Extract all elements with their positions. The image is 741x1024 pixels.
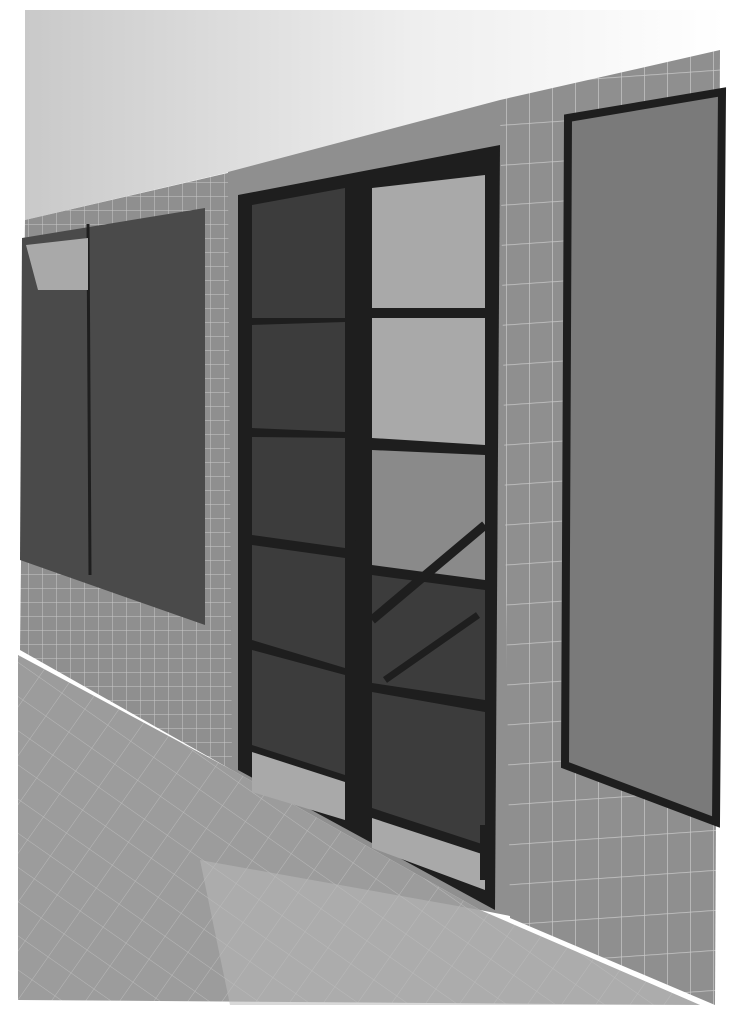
glazed-steel-double-door xyxy=(238,145,500,910)
hinge-icon xyxy=(480,825,488,880)
hinge-icon xyxy=(491,185,497,240)
photograph xyxy=(0,0,741,1024)
hinge-icon xyxy=(486,512,494,572)
door-handle xyxy=(346,539,358,551)
dark-recessed-panel-right xyxy=(565,92,722,822)
corridor-scene xyxy=(0,0,741,1024)
